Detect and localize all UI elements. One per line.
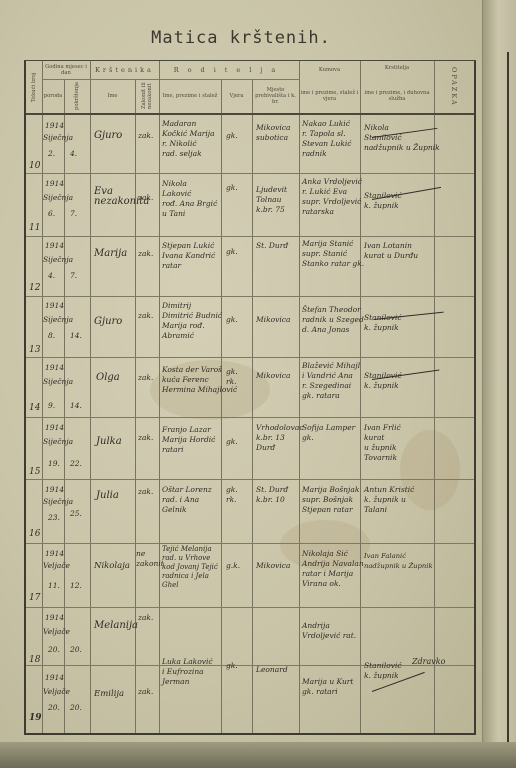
row-parents: Nikola Laković rođ. Ana Brgić u Tani <box>162 179 217 219</box>
row-priest: Ivan Falanić nadžupnik u Župnik <box>364 551 433 571</box>
register-page: Matica krštenih. Tekući broj Godina mjes… <box>0 0 482 760</box>
row-legit: zak. <box>138 433 153 443</box>
row-number: 15 <box>29 467 40 477</box>
row-legit: zak. <box>138 249 153 259</box>
row-divider <box>26 417 474 418</box>
row-godparents: Nikolaja Sić Andrija Navalan ratar i Mar… <box>302 549 364 589</box>
row-divider <box>26 543 474 544</box>
row-year: 1914 <box>45 485 64 495</box>
column-divider <box>252 79 253 733</box>
header-group-child: Krštenika <box>90 61 159 79</box>
row-religion: gk. <box>226 247 238 257</box>
row-year: 1914 <box>45 423 64 433</box>
row-legit: zak. <box>138 131 153 141</box>
row-place: Mikovica <box>256 561 290 571</box>
row-birth: 19. <box>48 459 60 469</box>
row-birth: 4. <box>48 271 55 281</box>
row-legit: zak. <box>138 373 153 383</box>
row-birth: 23. <box>48 513 60 523</box>
row-year: 1914 <box>45 673 64 683</box>
row-priest: Stanilović k. župnik <box>364 661 402 681</box>
row-religion: g.k. <box>226 561 240 571</box>
row-divider <box>26 607 474 608</box>
row-month: Veljače <box>43 687 70 697</box>
header-godparents-title: Kumova <box>299 63 360 77</box>
header-col-priest: ime i prezime, i duhovna služba <box>360 79 434 113</box>
column-divider <box>90 61 91 733</box>
row-month: Siječnja <box>43 437 73 447</box>
row-birth: 11. <box>48 581 60 591</box>
row-month: Siječnja <box>43 255 73 265</box>
header-col-no: Tekući broj <box>26 61 42 113</box>
row-month: Siječnja <box>43 315 73 325</box>
row-religion: gk. <box>226 131 238 141</box>
header-col-remarks: OPAZKA <box>434 61 474 113</box>
row-place: Mikovica subotica <box>256 123 290 143</box>
column-divider <box>434 61 435 733</box>
header-col-birth: poroda <box>42 79 64 113</box>
row-year: 1914 <box>45 179 64 189</box>
row-baptism: 7. <box>70 271 77 281</box>
row-number: 17 <box>29 593 40 603</box>
row-divider <box>26 173 474 174</box>
header-col-godparents: ime i prezime, stalež i vjera <box>299 79 360 113</box>
row-number: 11 <box>29 223 40 233</box>
header-group-parents: Roditelja <box>159 61 299 79</box>
adjacent-page-edge <box>482 0 516 768</box>
row-place: Vrhodolovac k.br. 13 Durđ <box>256 423 304 453</box>
row-place: Mikovica <box>256 315 290 325</box>
row-number: 16 <box>29 529 40 539</box>
row-parents: Madaran Kočkić Marija r. Nikolić rad. se… <box>162 119 215 159</box>
row-baptism: 20. <box>70 703 82 713</box>
row-divider <box>26 296 474 297</box>
row-place: Leonard <box>256 665 288 675</box>
row-year: 1914 <box>45 301 64 311</box>
row-religion: gk. rk. <box>226 367 238 387</box>
row-priest: Ivan Lotanin kurat u Durđu <box>364 241 418 261</box>
row-year: 1914 <box>45 613 64 623</box>
row-parents: Franjo Lazar Marija Hordić ratari <box>162 425 215 455</box>
row-priest: Ivan Frlić kurat u župnik Tovarnik <box>364 423 401 463</box>
header-col-religion: Vjera <box>221 79 252 113</box>
row-birth: 2. <box>48 149 55 159</box>
row-priest: Stanilović k. župnik <box>364 371 402 391</box>
row-legit: zak. <box>138 613 153 623</box>
row-godparents: Andrija Vrdoljević rat. <box>302 621 356 641</box>
row-godparents: Štefan Theodor radnik u Szeged d. Ana Jo… <box>302 305 364 335</box>
row-year: 1914 <box>45 549 64 559</box>
row-godparents: Marija Bošnjak supr. Bošnjak Stjepan rat… <box>302 485 359 515</box>
row-baptism: 7. <box>70 209 77 219</box>
row-place: St. Durđ k.br. 10 <box>256 485 288 505</box>
page-bottom-shadow <box>0 742 516 768</box>
row-month: Veljače <box>43 627 70 637</box>
row-year: 1914 <box>45 363 64 373</box>
row-place: Mikovica <box>256 371 290 381</box>
row-name: Nikolaja <box>94 561 130 571</box>
baptism-register-table: Tekući broj Godina mjesec i dan poroda p… <box>24 60 476 735</box>
row-godparents: Nakao Lukić r. Tapola sl. Stevan Lukić r… <box>302 119 351 159</box>
row-divider <box>26 665 474 666</box>
row-name: Emilija <box>94 689 124 699</box>
header-group-date: Godina mjesec i dan <box>42 61 90 79</box>
row-priest: Zdravko <box>412 657 445 667</box>
row-name: Julka <box>96 437 122 447</box>
header-col-legit: Zakonit ili nezakonit <box>135 79 159 113</box>
row-parents: Tejić Melanija rad. u Vrhove kod Jovanj … <box>162 545 218 590</box>
row-number: 19 <box>29 713 42 723</box>
adjacent-page-border <box>507 52 509 752</box>
row-divider <box>26 357 474 358</box>
row-religion: gk. <box>226 437 238 447</box>
row-godparents: Anka Vrdoljević r. Lukić Eva supr. Vrdol… <box>302 177 362 217</box>
row-month: Siječnja <box>43 497 73 507</box>
row-godparents: Blažević Mihajl i Vandrić Ana r. Szegedi… <box>302 361 360 401</box>
column-divider <box>299 61 300 733</box>
row-godparents: Marija Stanić supr. Stanić Stanko ratar … <box>302 239 364 269</box>
row-religion: gk. <box>226 661 238 671</box>
header-col-parent-name: Ime, prezime i stalež <box>159 79 221 113</box>
row-legit: zak. <box>138 311 153 321</box>
row-baptism: 14. <box>70 331 82 341</box>
row-baptism: 20. <box>70 645 82 655</box>
column-divider <box>135 79 136 733</box>
row-year: 1914 <box>45 121 64 131</box>
row-number: 12 <box>29 283 40 293</box>
row-legit: ne zakonit <box>136 549 164 569</box>
row-place: St. Durđ <box>256 241 288 251</box>
row-baptism: 14. <box>70 401 82 411</box>
row-birth: 6. <box>48 209 55 219</box>
row-godparents: Marija u Kurt gk. ratari <box>302 677 353 697</box>
row-birth: 20. <box>48 645 60 655</box>
header-col-name: Ime <box>90 79 135 113</box>
row-place: Ljudevit Tolnau k.br. 75 <box>256 185 287 215</box>
row-religion: gk. <box>226 315 238 325</box>
row-name: Marija <box>94 249 127 259</box>
row-month: Siječnja <box>43 193 73 203</box>
row-birth: 8. <box>48 331 55 341</box>
row-parents: Dimitrij Dimitrić Budnić Marija rođ. Abr… <box>162 301 222 341</box>
column-divider <box>360 61 361 733</box>
row-birth: 9. <box>48 401 55 411</box>
row-legit: zak. <box>138 687 153 697</box>
row-number: 18 <box>29 655 40 665</box>
row-baptism: 25. <box>70 509 82 519</box>
row-month: Veljače <box>43 561 70 571</box>
page-title: Matica krštenih. <box>0 28 482 48</box>
row-divider <box>26 479 474 480</box>
row-priest: Antun Kristić k. župnik u Talani <box>364 485 414 515</box>
row-godparents: Sofija Lamper gk. <box>302 423 355 443</box>
row-divider <box>26 236 474 237</box>
row-name: Olga <box>96 373 120 383</box>
header-priest-title: Krstitelja <box>360 61 434 75</box>
row-number: 10 <box>29 161 40 171</box>
row-baptism: 12. <box>70 581 82 591</box>
row-parents: Oštar Lorenz rad. i Ana Gelnik <box>162 485 212 515</box>
row-legit: zak. <box>138 193 153 203</box>
row-number: 14 <box>29 403 40 413</box>
row-name: Julia <box>96 491 119 501</box>
header-bottom-line <box>26 113 474 115</box>
row-baptism: 4. <box>70 149 77 159</box>
row-month: Siječnja <box>43 133 73 143</box>
row-year: 1914 <box>45 241 64 251</box>
row-parents: Stjepan Lukić Ivana Kandrić ratar <box>162 241 215 271</box>
row-birth: 20. <box>48 703 60 713</box>
row-priest: Nikola Stanilović nadžupnik u Župnik <box>364 123 440 153</box>
row-name: Melanija <box>94 621 138 631</box>
row-legit: zak. <box>138 487 153 497</box>
header-col-baptism: pokrštenja <box>64 79 90 113</box>
row-baptism: 22. <box>70 459 82 469</box>
header-col-place: Mjesto prebivališta i k. br. <box>252 79 299 113</box>
row-month: Siječnja <box>43 377 73 387</box>
row-name: Gjuro <box>94 317 122 327</box>
column-divider <box>159 61 160 733</box>
column-divider <box>221 79 222 733</box>
row-parents: Luka Laković i Eufrozina Jerman <box>162 657 213 687</box>
row-religion: gk. rk. <box>226 485 238 505</box>
row-name: Gjuro <box>94 131 122 141</box>
row-religion: gk. <box>226 183 238 193</box>
row-number: 13 <box>29 345 40 355</box>
